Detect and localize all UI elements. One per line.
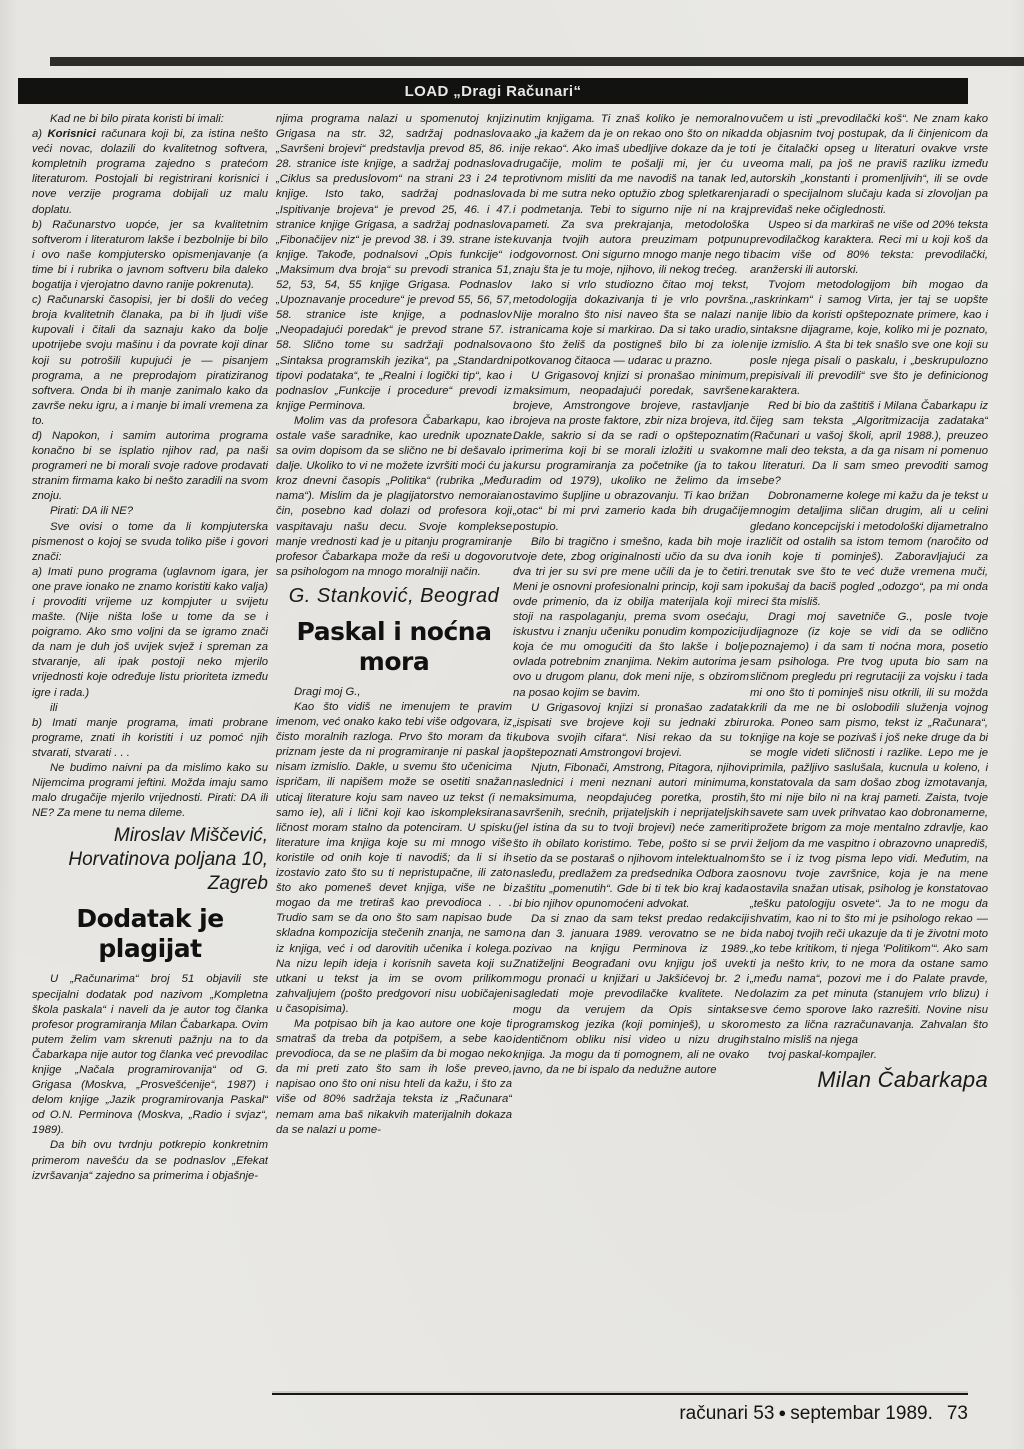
text-column-3: nutim knjigama. Ti znaš koliko je nemora… xyxy=(513,112,749,1396)
footer-issue-date: septembar 1989. xyxy=(790,1403,933,1424)
paragraph: Dobronamerne kolege mi kažu da je tekst … xyxy=(750,489,988,610)
magazine-page: LOAD „Dragi Računari“ Kad ne bi bilo pir… xyxy=(0,0,1024,1449)
paragraph: a) Imati puno programa (uglavnom igara, … xyxy=(32,565,268,701)
paragraph: Uspeo si da markiraš ne više od 20% teks… xyxy=(750,218,988,278)
paragraph: Kad ne bi bilo pirata koristi bi imali: xyxy=(32,112,268,127)
footer-bullet-icon: ● xyxy=(774,1405,790,1420)
letter-signature: G. Stanković, Beograd xyxy=(276,583,512,609)
paragraph: Molim vas da profesora Čabarkapu, kao i … xyxy=(276,414,512,580)
section-header-bar: LOAD „Dragi Računari“ xyxy=(18,78,968,104)
paragraph: Iako si vrlo studiozno čitao moj tekst, … xyxy=(513,278,749,369)
paragraph: U Grigasovoj knjizi si pronašao minimum,… xyxy=(513,369,749,535)
text-column-1: Kad ne bi bilo pirata koristi bi imali:a… xyxy=(32,112,268,1396)
footer-magazine-title: računari 53 xyxy=(679,1403,774,1424)
paragraph: Red bi bio da zaštitiš i Milana Čabarkap… xyxy=(750,399,988,490)
letter-title: Dodatak jeplagijat xyxy=(32,904,268,964)
paragraph: U Grigasovoj knjizi si pronašao zadatak … xyxy=(513,701,749,761)
text-column-4: vučem u isti „prevodilački koš“. Ne znam… xyxy=(750,112,988,1396)
paragraph: vučem u isti „prevodilački koš“. Ne znam… xyxy=(750,112,988,218)
page-footer: računari 53●septembar 1989.73 xyxy=(272,1401,968,1426)
paragraph: Ne budimo naivni pa da mislimo kako su N… xyxy=(32,761,268,821)
paragraph: Sve ovisi o tome da li kompjuterska pism… xyxy=(32,520,268,565)
scan-edge-strip xyxy=(50,57,1024,66)
letter-signature: Miroslav Miščević,Horvatinova poljana 10… xyxy=(32,824,268,896)
paragraph: Bilo bi tragično i smešno, kada bih moje… xyxy=(513,535,749,701)
paragraph: Da si znao da sam tekst predao redakciji… xyxy=(513,912,749,1078)
paragraph: njima programa nalazi u spomenutoj knjiz… xyxy=(276,112,512,414)
paragraph: Njutn, Fibonači, Amstrong, Pitagora, nji… xyxy=(513,761,749,912)
paragraph: Kao što vidiš ne imenujem te pravim imen… xyxy=(276,700,512,1017)
letter-signature: Milan Čabarkapa xyxy=(750,1066,988,1093)
paragraph: c) Računarski časopisi, jer bi došli do … xyxy=(32,293,268,429)
paragraph: Tvojom metodologijom bih mogao da „raskr… xyxy=(750,278,988,399)
paragraph: b) Računarstvo uopće, jer sa kvalitetnim… xyxy=(32,218,268,293)
paragraph: tvoj paskal-kompajler. xyxy=(750,1048,988,1063)
paragraph: a) Korisnici računara koji bi, za istina… xyxy=(32,127,268,218)
paragraph: Dragi moj savetniče G., posle tvoje dija… xyxy=(750,610,988,1048)
paragraph: Pirati: DA ili NE? xyxy=(32,504,268,519)
paragraph: b) Imati manje programa, imati probrane … xyxy=(32,716,268,761)
paragraph: Da bih ovu tvrdnju potkrepio konkretnim … xyxy=(32,1138,268,1183)
footer-page-number: 73 xyxy=(947,1403,968,1424)
letter-title: Paskal i noćnamora xyxy=(276,617,512,677)
paragraph: nutim knjigama. Ti znaš koliko je nemora… xyxy=(513,112,749,278)
section-header-label: LOAD „Dragi Računari“ xyxy=(405,83,582,100)
text-column-2: njima programa nalazi u spomenutoj knjiz… xyxy=(276,112,512,1396)
paragraph: ili xyxy=(32,701,268,716)
paragraph: U „Računarima“ broj 51 objavili ste spec… xyxy=(32,972,268,1138)
paragraph: Ma potpisao bih ja kao autore one koje t… xyxy=(276,1017,512,1138)
paragraph: Dragi moj G., xyxy=(276,685,512,700)
footer-rule xyxy=(272,1393,968,1395)
paragraph: d) Napokon, i samim autorima programa ko… xyxy=(32,429,268,504)
